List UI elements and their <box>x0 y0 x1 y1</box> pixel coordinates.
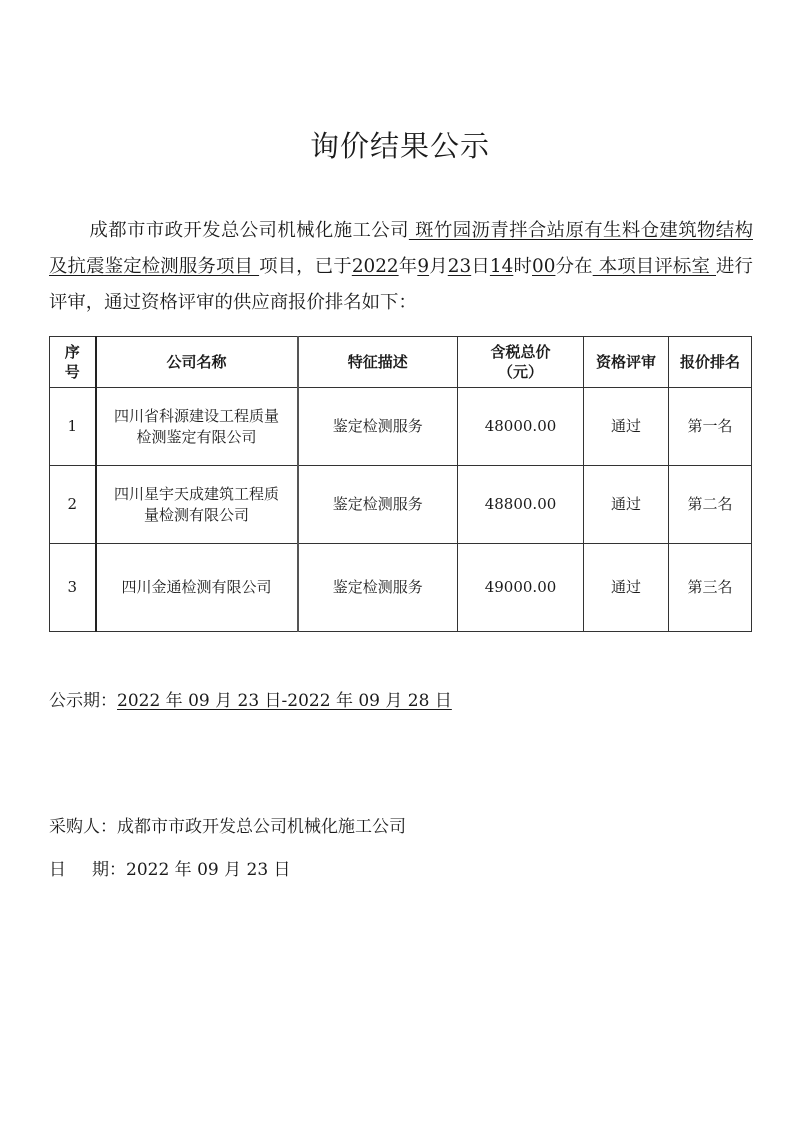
header-qualification: 资格评审 <box>584 337 669 388</box>
minute-unit: 分在 <box>555 256 592 277</box>
header-company: 公司名称 <box>96 337 298 388</box>
date-label-char1: 日 <box>49 860 66 880</box>
header-price: 含税总价（元） <box>458 337 584 388</box>
review-location: 本项目评标室 <box>593 256 716 277</box>
buyer-label: 采购人： <box>49 817 117 837</box>
table-row: 2 四川星宇天成建筑工程质量检测有限公司 鉴定检测服务 48800.00 通过 … <box>50 466 752 544</box>
date-line: 日期：2022 年 09 月 23 日 <box>49 855 291 880</box>
cell-rank: 第二名 <box>669 466 752 544</box>
table-row: 3 四川金通检测有限公司 鉴定检测服务 49000.00 通过 第三名 <box>50 544 752 632</box>
intro-text-after-project: 项目，已于 <box>259 256 352 277</box>
header-price-line1: 含税总价 <box>462 342 579 362</box>
header-seq: 序号 <box>50 337 96 388</box>
header-rank: 报价排名 <box>669 337 752 388</box>
year-unit: 年 <box>399 256 418 277</box>
cell-qualification: 通过 <box>584 388 669 466</box>
cell-rank: 第一名 <box>669 388 752 466</box>
cell-rank: 第三名 <box>669 544 752 632</box>
buyer-value: 成都市市政开发总公司机械化施工公司 <box>117 817 406 837</box>
review-hour: 14 <box>490 256 513 277</box>
buyer-line: 采购人：成都市市政开发总公司机械化施工公司 <box>49 812 406 837</box>
purchaser-name: 成都市市政开发总公司机械化施工公司 <box>89 220 409 241</box>
review-year: 2022 <box>352 256 399 277</box>
intro-paragraph: 成都市市政开发总公司机械化施工公司 斑竹园沥青拌合站原有生料仓建筑物结构及抗震鉴… <box>49 213 753 321</box>
table-row: 1 四川省科源建设工程质量检测鉴定有限公司 鉴定检测服务 48000.00 通过… <box>50 388 752 466</box>
date-value: 2022 年 09 月 23 日 <box>126 860 291 880</box>
cell-company-line1: 四川金通检测有限公司 <box>101 577 293 598</box>
date-label-char2: 期： <box>92 860 126 880</box>
month-unit: 月 <box>429 256 448 277</box>
results-table: 序号 公司名称 特征描述 含税总价（元） 资格评审 报价排名 1 四川省科源建设… <box>49 336 752 632</box>
header-description: 特征描述 <box>298 337 458 388</box>
cell-company: 四川星宇天成建筑工程质量检测有限公司 <box>96 466 298 544</box>
day-unit: 日 <box>471 256 490 277</box>
cell-description: 鉴定检测服务 <box>298 544 458 632</box>
review-month: 9 <box>417 256 429 277</box>
cell-price: 49000.00 <box>458 544 584 632</box>
cell-qualification: 通过 <box>584 466 669 544</box>
period-label: 公示期： <box>49 691 117 711</box>
cell-company: 四川金通检测有限公司 <box>96 544 298 632</box>
cell-seq: 1 <box>50 388 96 466</box>
cell-description: 鉴定检测服务 <box>298 466 458 544</box>
cell-company-line2: 量检测有限公司 <box>101 505 293 526</box>
review-minute: 00 <box>532 256 555 277</box>
cell-company-line1: 四川星宇天成建筑工程质 <box>101 484 293 505</box>
cell-price: 48000.00 <box>458 388 584 466</box>
publicity-period: 公示期：2022 年 09 月 23 日-2022 年 09 月 28 日 <box>49 686 452 711</box>
cell-company-line1: 四川省科源建设工程质量 <box>101 406 293 427</box>
document-title: 询价结果公示 <box>0 124 800 165</box>
cell-company-line2: 检测鉴定有限公司 <box>101 427 293 448</box>
cell-description: 鉴定检测服务 <box>298 388 458 466</box>
cell-seq: 3 <box>50 544 96 632</box>
table-header-row: 序号 公司名称 特征描述 含税总价（元） 资格评审 报价排名 <box>50 337 752 388</box>
cell-company: 四川省科源建设工程质量检测鉴定有限公司 <box>96 388 298 466</box>
review-day: 23 <box>448 256 471 277</box>
header-price-line2: （元） <box>462 362 579 382</box>
period-value: 2022 年 09 月 23 日-2022 年 09 月 28 日 <box>117 691 452 711</box>
hour-unit: 时 <box>513 256 532 277</box>
cell-seq: 2 <box>50 466 96 544</box>
cell-price: 48800.00 <box>458 466 584 544</box>
cell-qualification: 通过 <box>584 544 669 632</box>
